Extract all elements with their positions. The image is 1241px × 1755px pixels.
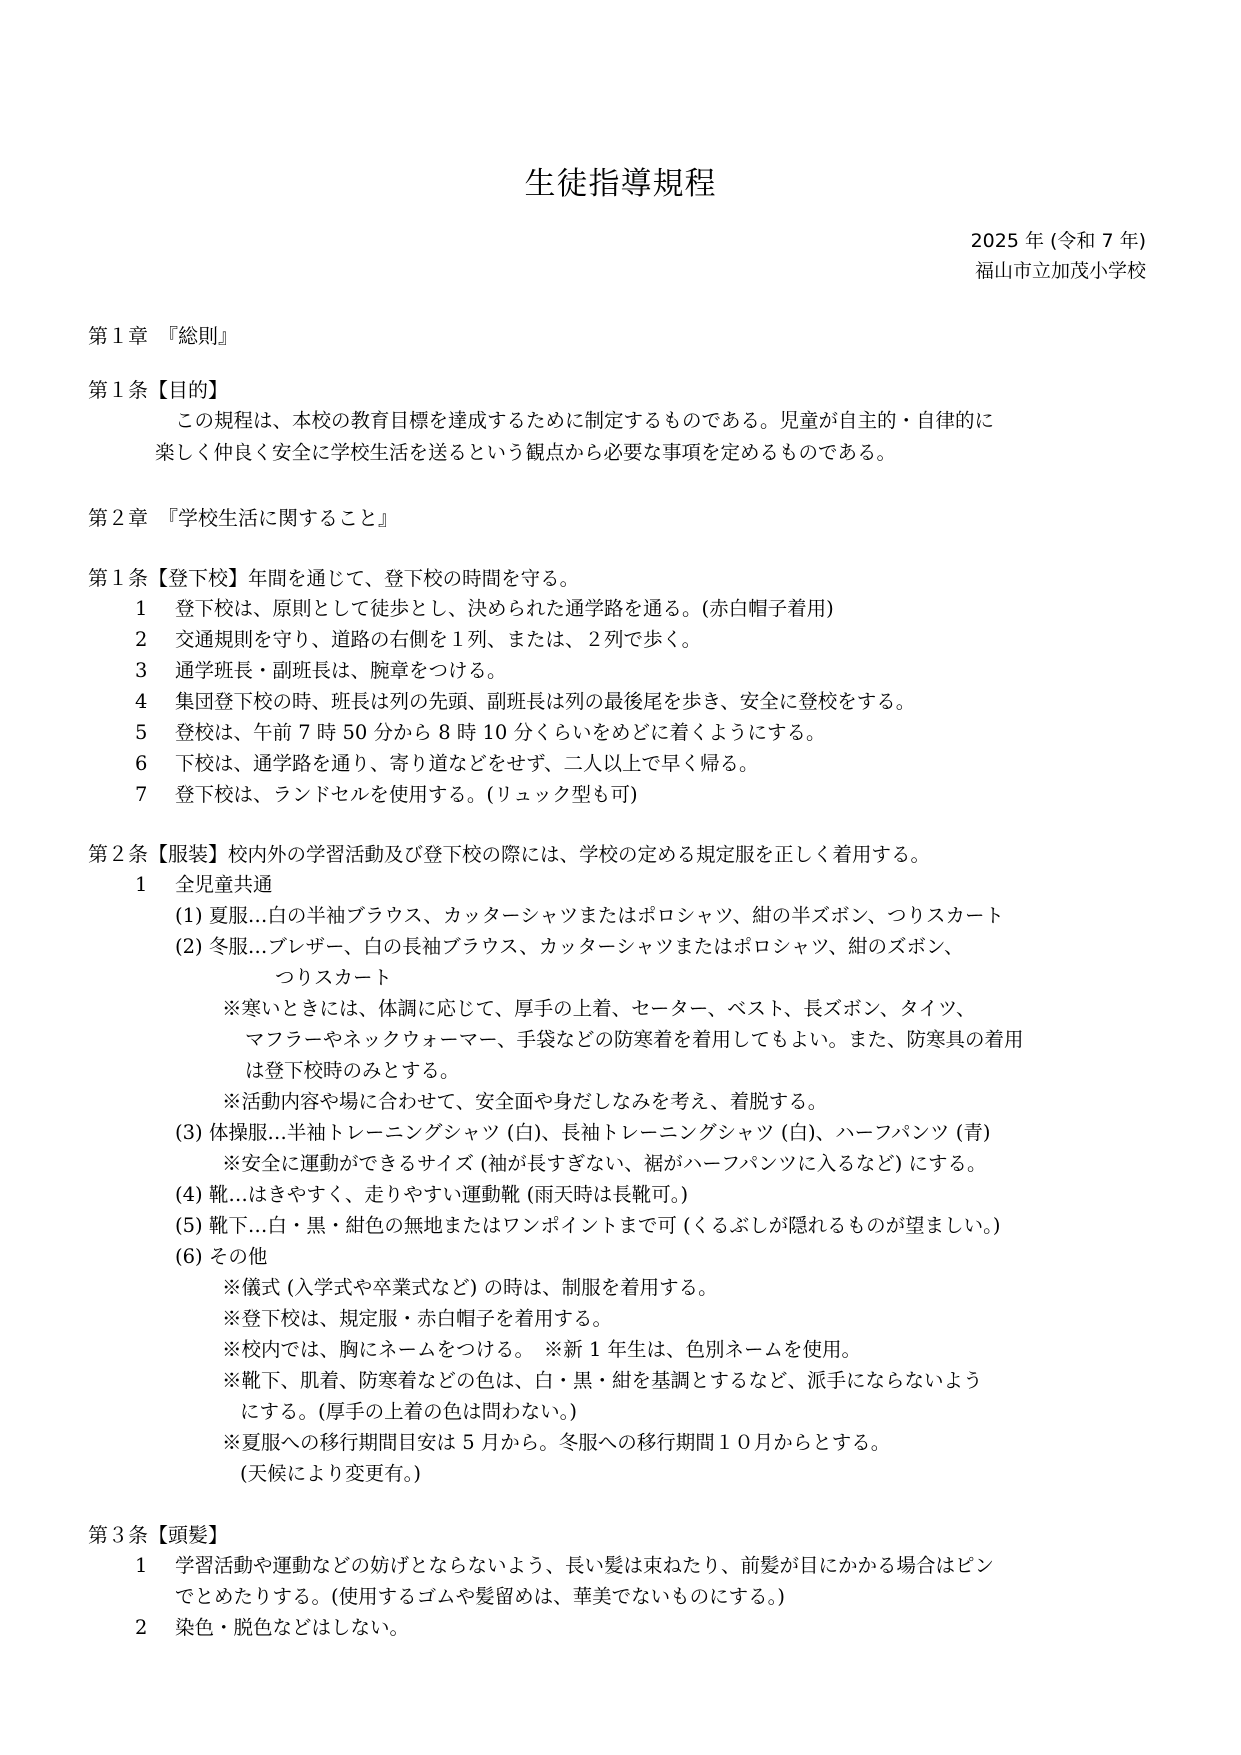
item-number: 1 (135, 873, 175, 896)
list-item: 2交通規則を守り、道路の右側を１列、または、２列で歩く。 (135, 624, 701, 652)
item-number: 4 (135, 690, 175, 713)
note-cold-cont-2: は登下校時のみとする。 (245, 1055, 460, 1083)
document-title: 生徒指導規程 (0, 158, 1241, 203)
chapter-1-article-1-heading: 第１条【目的】 (88, 374, 228, 403)
sub-item-winter: (2) 冬服…ブレザー、白の長袖ブラウス、カッターシャツまたはポロシャツ、紺のズ… (175, 931, 963, 959)
article-lead: 校内外の学習活動及び登下校の際には、学校の定める規定服を正しく着用する。 (228, 843, 930, 866)
item-text: 登下校は、ランドセルを使用する。(リュック型も可) (175, 783, 638, 806)
list-item: 1登下校は、原則として徒歩とし、決められた通学路を通る。(赤白帽子着用) (135, 593, 834, 621)
list-item: 3通学班長・副班長は、腕章をつける。 (135, 655, 507, 683)
item-text: 染色・脱色などはしない。 (175, 1616, 409, 1639)
document-page: 生徒指導規程 2025 年 (令和 7 年) 福山市立加茂小学校 第１章 『総則… (0, 0, 1241, 1755)
item-number: 2 (135, 628, 175, 651)
note-season-change-cont: (天候により変更有。) (240, 1458, 421, 1486)
note-season-change: ※夏服への移行期間目安は 5 月から。冬服への移行期間１０月からとする。 (222, 1427, 890, 1455)
item-text: 通学班長・副班長は、腕章をつける。 (175, 659, 507, 682)
item-number: 3 (135, 659, 175, 682)
sub-item-gym: (3) 体操服…半袖トレーニングシャツ (白)、長袖トレーニングシャツ (白)、… (175, 1117, 990, 1145)
document-date: 2025 年 (令和 7 年) (971, 226, 1146, 253)
note-commute: ※登下校は、規定服・赤白帽子を着用する。 (222, 1303, 612, 1331)
chapter-2-article-1: 第１条【登下校】年間を通じて、登下校の時間を守る。 (88, 562, 579, 591)
school-name: 福山市立加茂小学校 (975, 256, 1146, 283)
sub-item-socks: (5) 靴下…白・黒・紺色の無地またはワンポイントまで可 (くるぶしが隠れるもの… (175, 1210, 1001, 1238)
note-cold-cont-1: マフラーやネックウォーマー、手袋などの防寒着を着用してもよい。また、防寒具の着用 (245, 1024, 1023, 1052)
chapter-2-article-2: 第２条【服装】校内外の学習活動及び登下校の際には、学校の定める規定服を正しく着用… (88, 838, 930, 867)
list-item-cont: でとめたりする。(使用するゴムや髪留めは、華美でないものにする。) (175, 1581, 785, 1609)
list-item: 1全児童共通 (135, 869, 273, 897)
chapter-2-article-3-heading: 第３条【頭髪】 (88, 1519, 228, 1548)
item-text: 登校は、午前 7 時 50 分から 8 時 10 分くらいをめどに着くようにする… (175, 721, 826, 744)
list-item: 1学習活動や運動などの妨げとならないよう、長い髪は束ねたり、前髪が目にかかる場合… (135, 1550, 994, 1578)
item-number: 5 (135, 721, 175, 744)
note-cold: ※寒いときには、体調に応じて、厚手の上着、セーター、ベスト、長ズボン、タイツ、 (222, 993, 975, 1021)
note-gym-size: ※安全に運動ができるサイズ (袖が長すぎない、裾がハーフパンツに入るなど) にす… (222, 1148, 987, 1176)
item-number: 2 (135, 1616, 175, 1639)
note-name-tag: ※校内では、胸にネームをつける。 ※新 1 年生は、色別ネームを使用。 (222, 1334, 861, 1362)
note-activity: ※活動内容や場に合わせて、安全面や身だしなみを考え、着脱する。 (222, 1086, 827, 1114)
list-item: 4集団登下校の時、班長は列の先頭、副班長は列の最後尾を歩き、安全に登校をする。 (135, 686, 915, 714)
note-colors: ※靴下、肌着、防寒着などの色は、白・黒・紺を基調とするなど、派手にならないよう (222, 1365, 983, 1393)
item-number: 7 (135, 783, 175, 806)
note-ceremony: ※儀式 (入学式や卒業式など) の時は、制服を着用する。 (222, 1272, 718, 1300)
list-item: 7登下校は、ランドセルを使用する。(リュック型も可) (135, 779, 638, 807)
chapter-1-heading: 第１章 『総則』 (88, 320, 238, 349)
sub-item-other: (6) その他 (175, 1241, 267, 1269)
article-lead: 年間を通じて、登下校の時間を守る。 (248, 567, 579, 590)
chapter-1-article-1-line-2: 楽しく仲良く安全に学校生活を送るという観点から必要な事項を定めるものである。 (155, 437, 896, 465)
item-text: 全児童共通 (175, 873, 273, 896)
item-number: 6 (135, 752, 175, 775)
sub-item-shoes: (4) 靴…はきやすく、走りやすい運動靴 (雨天時は長靴可。) (175, 1179, 688, 1207)
list-item: 5登校は、午前 7 時 50 分から 8 時 10 分くらいをめどに着くようにす… (135, 717, 826, 745)
chapter-2-heading: 第２章 『学校生活に関すること』 (88, 502, 398, 531)
sub-item-summer: (1) 夏服…白の半袖ブラウス、カッターシャツまたはポロシャツ、紺の半ズボン、つ… (175, 900, 1004, 928)
chapter-1-article-1-line-1: この規程は、本校の教育目標を達成するために制定するものである。児童が自主的・自律… (175, 405, 994, 433)
item-text: 集団登下校の時、班長は列の先頭、副班長は列の最後尾を歩き、安全に登校をする。 (175, 690, 915, 713)
list-item: 6下校は、通学路を通り、寄り道などをせず、二人以上で早く帰る。 (135, 748, 758, 776)
sub-item-winter-cont: つりスカート (275, 962, 392, 990)
item-text: 学習活動や運動などの妨げとならないよう、長い髪は束ねたり、前髪が目にかかる場合は… (175, 1554, 994, 1577)
item-number: 1 (135, 1554, 175, 1577)
list-item: 2染色・脱色などはしない。 (135, 1612, 409, 1640)
article-heading: 第１条【登下校】 (88, 566, 248, 590)
item-number: 1 (135, 597, 175, 620)
item-text: 下校は、通学路を通り、寄り道などをせず、二人以上で早く帰る。 (175, 752, 758, 775)
article-heading: 第２条【服装】 (88, 842, 228, 866)
item-text: 登下校は、原則として徒歩とし、決められた通学路を通る。(赤白帽子着用) (175, 597, 834, 620)
item-text: 交通規則を守り、道路の右側を１列、または、２列で歩く。 (175, 628, 701, 651)
note-colors-cont: にする。(厚手の上着の色は問わない。) (240, 1396, 577, 1424)
